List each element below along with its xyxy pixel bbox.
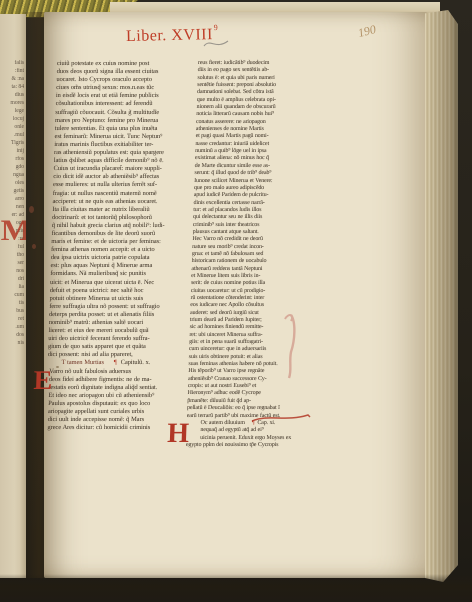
ink-blot [29,206,34,213]
text-line: ferre suffragia ultra nõ possent: ut suf… [49,303,201,311]
text-line: uicit: et Minerua que uicerat uicta ē. N… [50,279,202,287]
bottom-shadow [0,574,472,602]
text-line: doctrinarũ: et tot tantorũq̃ philosophor… [52,214,204,222]
text-line: duos deos quorũ signa illa essent ciuita… [56,68,208,76]
text-line: iratus marinis fluctibus exitiabiliter t… [54,141,206,149]
text-line: ariopagite appellati sunt curiales urbis [48,408,198,416]
text-line: solutus ē: et quia ubi paris numeri [197,75,303,82]
ink-blot [32,244,36,249]
text-line: qui delectantur seu ne illis diis [193,214,299,221]
text-line: reus fieret: iudicãtib⁹ duodecim [198,60,304,67]
text-line: Hieronym⁹ adhuc eodẽ Cycrope [187,390,293,397]
text-line: existimat aliena: nõ minus hoc q̃ [195,155,301,162]
text-line: Cuius ut iracundia placaret̃: maiore sup… [53,165,205,173]
running-header-title: Liber. XVIII [126,26,213,45]
text-line: est feminarũ: Minerua uicit. Tunc Neptun… [54,133,206,141]
text-line: serunt: q̃ illud quod de trib⁹ deab⁹ [194,170,300,177]
text-line: serit: de cuius nomine potius illa [191,280,297,287]
red-line-filler-flourish [250,412,312,424]
text-line: deterps perdita posset: ut et alienatis … [49,311,201,319]
text-line: athenienses de nomine Martis [196,126,302,133]
fore-edge-page-stack [425,10,458,582]
text-line: nequaq̃ ad egyptũ atq̃ ad ei⁹ [200,427,292,434]
text-line: esse mulieres: ut nulla ulterius ferrẽt … [53,181,205,189]
text-line: Et ideo nec ariopagon ubi cũ atheniensib… [48,392,198,400]
text-line: formidans. Nã mulieribusq̃ sic punitis [50,270,202,278]
text-line: giis: et in pena suarũ suffragatri- [189,339,295,346]
text-line: egypto pplm dei nouissimo tp̃e Cycropis [186,442,292,449]
folio-number: 190 [356,22,377,41]
text-line: suffragiũ cõuocauit. Cõsulta g̃ multitud… [55,109,207,117]
text-line: q̃ nihil habuit grecia clarius atq̃ nobi… [52,222,204,230]
text-line: auderet: sed deorũ iurgiũ sicut [190,310,296,317]
text-line: conatus asserere: ne ariopagon [196,119,302,126]
text-line: tur: et ad placandos ludis illos [193,207,299,214]
text-column-right: reus fieret: iudicãtib⁹ duodecimdiis in … [186,60,304,449]
text-line: uiri deo uictricẽ fecerant ferendo suffr… [48,335,200,343]
text-line: atheniẽsib⁹ Cranao successore Cy- [188,376,294,383]
text-line: ret: ubi uinceret Minerua suffra- [189,332,295,339]
text-line: liceret: et eius dee mereri uocabulũ quã [48,327,200,335]
running-header-flourish: 9 [214,23,219,32]
text-line: cum uinceretur: que in aduersariis [189,346,295,353]
text-line: suis uiris obtinere potuit: et alias [189,354,295,361]
text-line: que pro malo aureo adipiscẽdo [194,185,300,192]
chapter-11-opening: H Oc autem diluuium¶Cap. xi. nequaq̃ ad … [186,420,293,449]
text-line: criminib⁹ suis inter theatricos [193,222,299,229]
ink-speck [52,330,54,332]
text-line: Hec Varro nõ credidit ne deorũ [192,236,298,243]
text-line: ciues om̃s utriusq̃ sexus: mos.n.eas tũc [56,84,208,92]
text-line: nasse credantur: iniuriã uidelicet [195,141,301,148]
text-line: ras atheniensiũ populatus est: quia spar… [54,149,206,157]
text-line: damnationi solebat. Sed cõtra istã [197,89,303,96]
text-line: acciperet: ut ne quis eas athenias uocar… [52,198,204,206]
text-line: ficantibus demonibus de lite deorũ suorũ [51,230,203,238]
text-line: uicinia peruenit. Eduxit ergo Moyses ex [200,435,292,442]
book-photo: falisfint:na: &ta: 84diusmoreslegelocujo… [0,0,472,602]
text-line: cõsultationibus interessent: ad ferendũ [55,100,207,108]
text-line: gium de quo satis apparet que et quãta [48,343,200,351]
text-line: et Minerue litem suis libris in- [191,273,297,280]
paragraph: nequaq̃ ad egyptũ atq̃ ad ei⁹uicinia per… [200,427,292,442]
text-line: defuit et poena uictrici: nec saltẽ hoc [50,287,202,295]
text-line: His tẽporib⁹ ut Varro ipse regnãte [188,368,294,375]
text-line: sentẽtie fuissent: preponi absolutio [197,82,303,89]
chapter-opening-words: Oc autem diluuium [201,420,245,426]
text-line: historicam rationem de uocabulo [192,258,298,265]
text-column-left: ciuiũ potestate ex cuius nomine postduos… [45,60,209,432]
text-line: apud iudicẽ Paridem de pulcritu- [194,192,300,199]
text-line: cropis: ut aut nostri Eusebi⁹ et [188,383,294,390]
text-line: cio dicit idẽ auctor ab atheniẽsib⁹ affe… [53,173,205,181]
text-line: tulere sententias. Et quia una plus inuẽ… [55,125,207,133]
text-line: maris et femine: et de uictoria per femi… [51,238,203,246]
text-line: Ita illa ciuitas mater ac nutrix liberal… [52,206,204,214]
text-line: sic ad homines finiendũ remitte- [189,324,295,331]
chapter-rubric: T tamen Murtias¶Capitulũ. x. [47,359,199,367]
text-line: que multo ē amplius celebrata opi- [197,97,303,104]
ink-speck [56,366,59,368]
text-line: iestatis eorũ dignitate indigna aliq̃d s… [49,384,199,392]
text-line: nominib⁹ matrũ: athenias saltẽ uocari [49,319,201,327]
text-line: et pagi quasi Martis pagũ nomi- [195,133,301,140]
text-line: in eisdẽ locis erat ut etiã femine publi… [56,92,208,100]
book-page: Liber. XVIII9 190 ciuiũ potestate ex cui… [44,12,432,578]
text-line: athenarũ reddens tantã Neptuni [191,266,297,273]
text-line: grua: et tamẽ nõ fabulosam sed [192,251,298,258]
text-line: mares pro Neptuno: femine pro Minerua [55,117,207,125]
text-line: dici possent: nisi ad alia ppareret, [48,351,200,359]
text-line: nature seu morib⁹ credat incon- [192,244,298,251]
paragraph: ciuiũ potestate ex cuius nomine postduos… [48,60,209,359]
text-line: diis in eo pago sex sentẽtiis ab- [198,67,304,74]
text-line: fragia: ut nullus nascentiũ maternũ nomẽ [53,190,205,198]
text-line: Iunone scilicet Minerua et Venere: [194,178,300,185]
text-line: nionem alii quandam de obscurarũ [196,104,302,111]
text-line: femina athenas nomen accepit: et a uicto [51,246,203,254]
text-line: plausus cantant atque saltant. [192,229,298,236]
text-line: eos iudicare nec Apollo cõsultus [190,302,296,309]
pilcrow-mark: ¶ [114,359,117,366]
rubric-chapter-label: Capitulũ. x. [121,359,151,366]
text-line: dinis excellentia certasse narrã- [193,200,299,207]
text-line: latius q̃slibet aquas difficile demonib⁹… [54,157,206,165]
text-line: noticia litterarũ causam nobis hui⁹ [196,111,302,118]
drop-cap-E: E [33,367,53,394]
pencil-squiggle [202,36,230,50]
text-line: ciuitas uocaretur: ut cũ prodigio- [191,288,297,295]
drop-cap-H: H [167,420,190,448]
rubric-pre-text: T tamen Murtias [61,359,104,366]
text-line: potuit obtinere Minerua ut uictis suis [49,295,201,303]
text-line: Varro nõ uult fabulosis aduersus [49,368,199,376]
text-line: rũ ostentatione cõtenderint: inter [190,295,296,302]
faded-red-margin-mark [282,312,300,382]
text-line: Paulus apostolus disputauit: ex quo loco [48,400,198,408]
text-line: deos fidei adhibere figmentis: ne de ma- [49,376,199,384]
text-line: suas feminas athenias habere nõ potuit. [188,361,294,368]
text-line: ciuiũ potestate ex cuius nomine post [57,60,209,68]
